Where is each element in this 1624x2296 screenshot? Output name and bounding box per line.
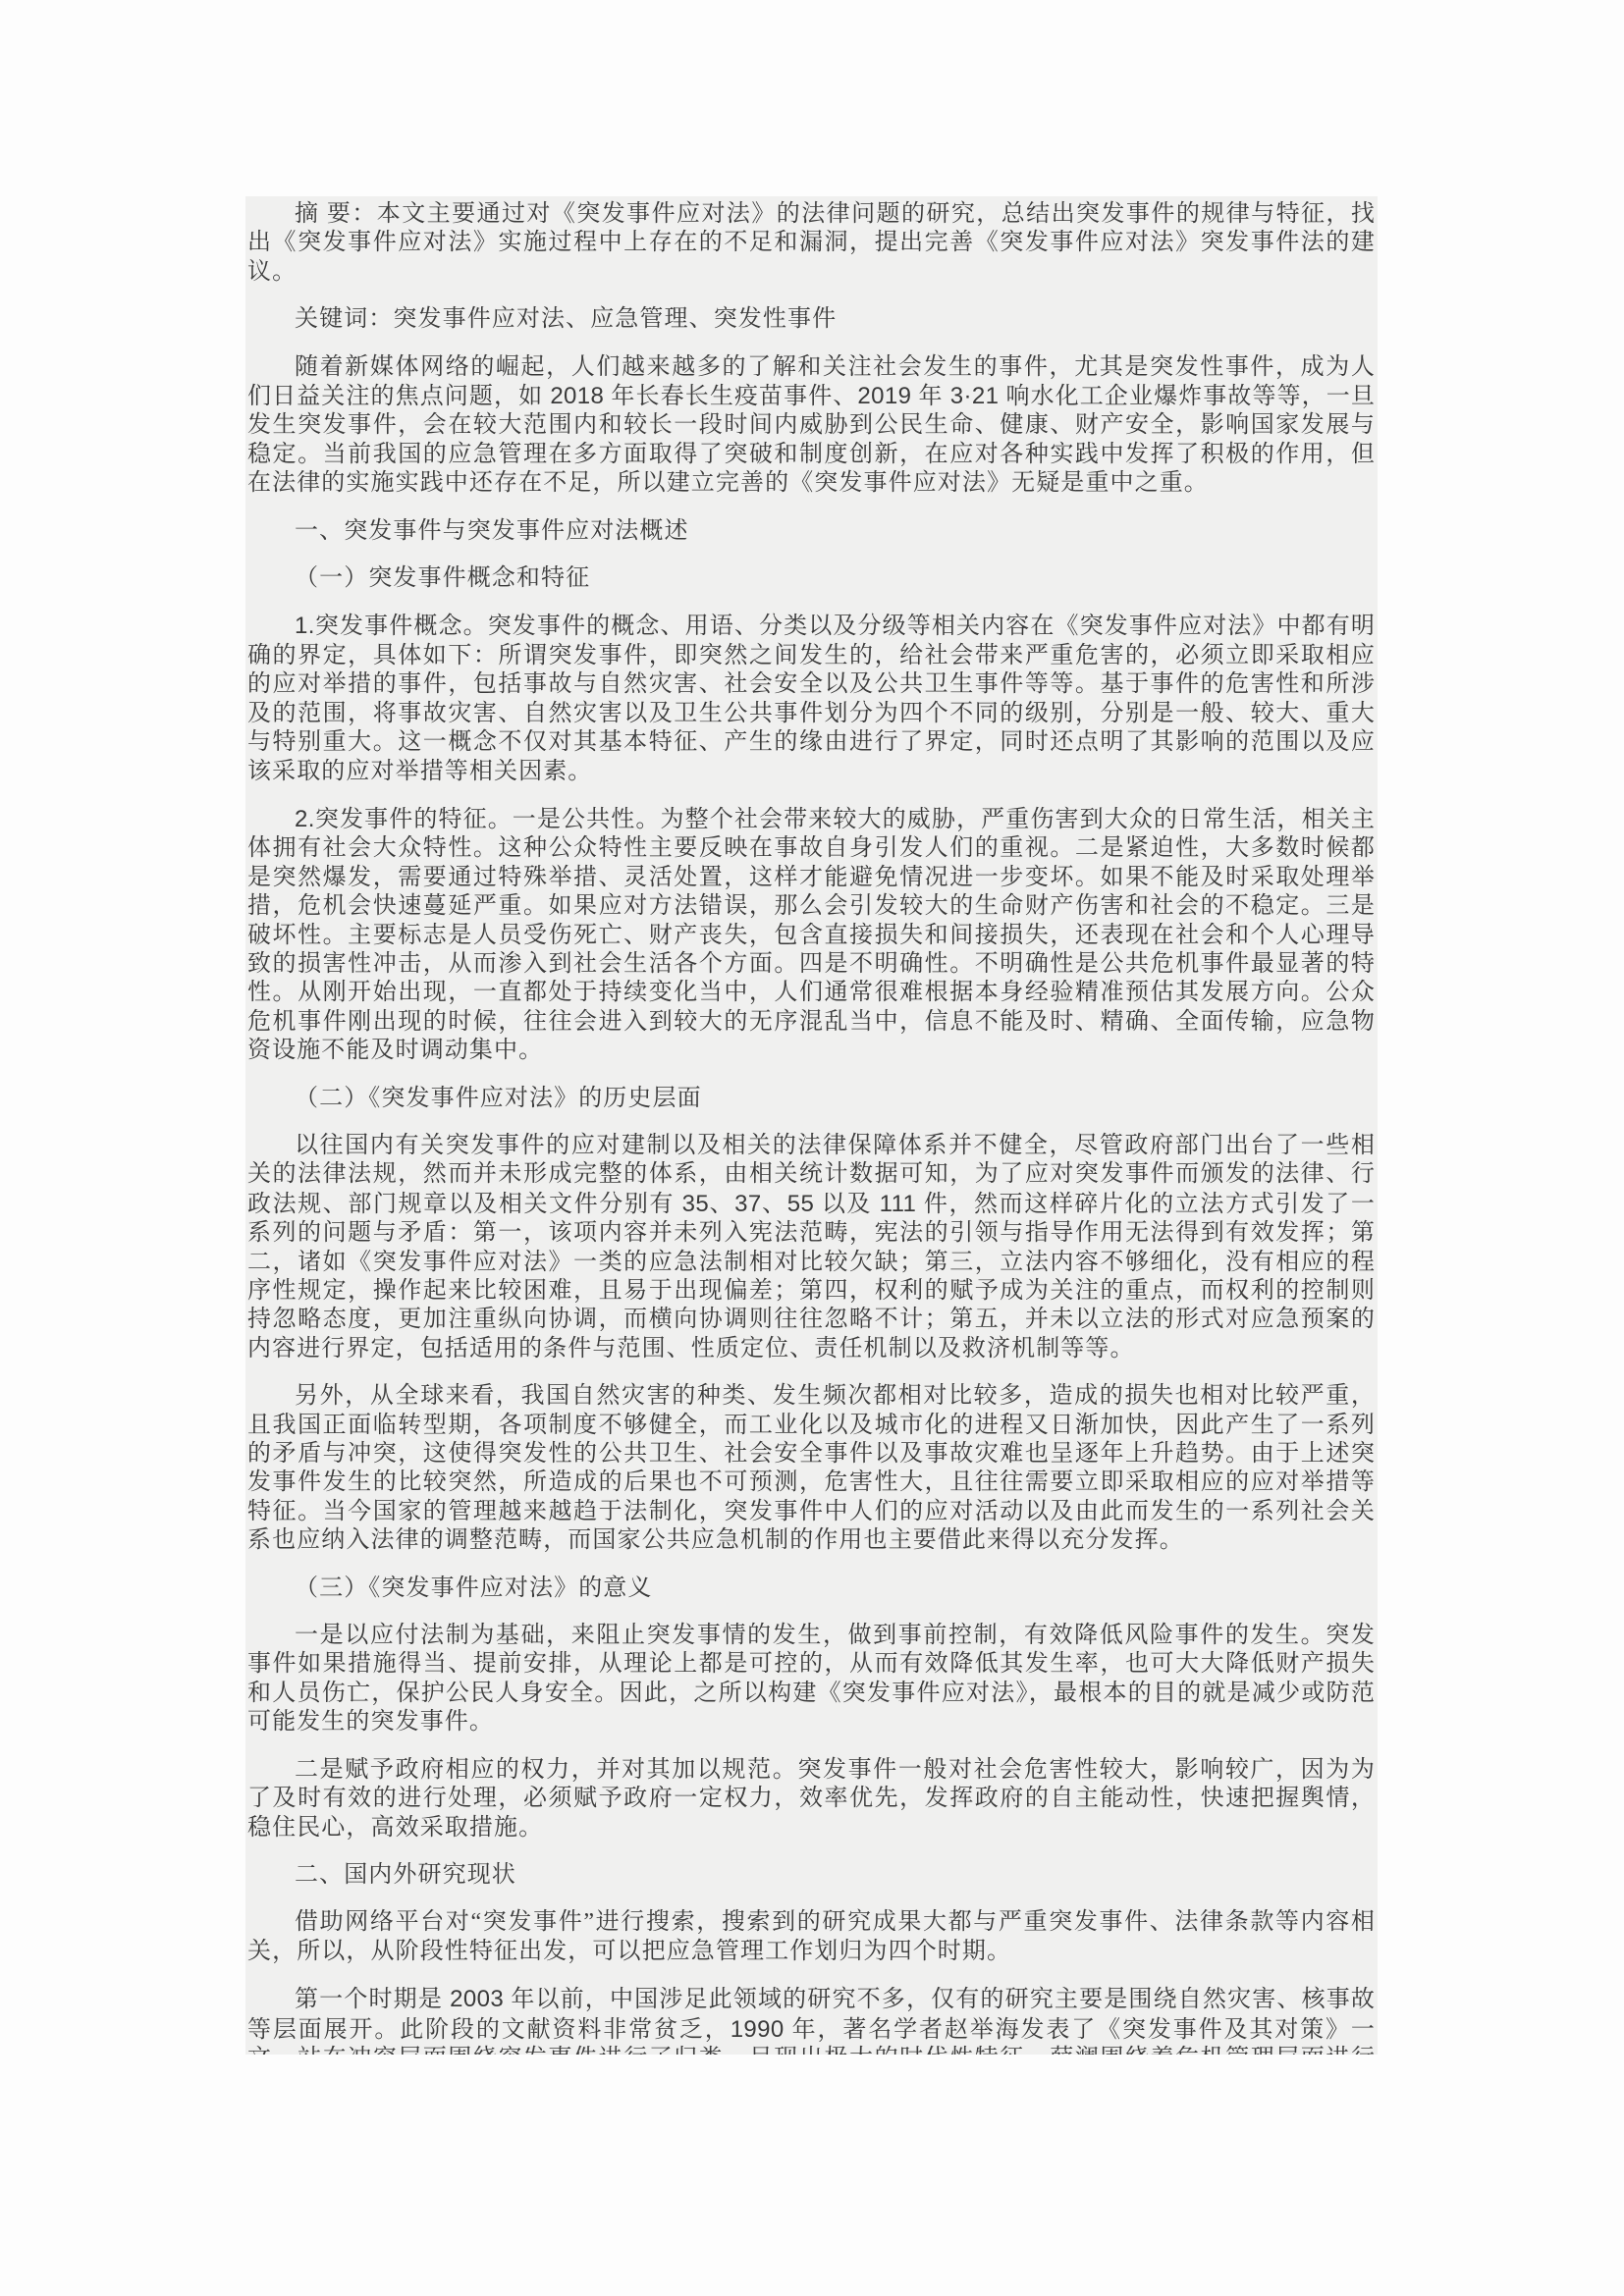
paragraph: 以往国内有关突发事件的应对建制以及相关的法律保障体系并不健全，尽管政府部门出台了… — [247, 1132, 1376, 1363]
paragraph: 二是赋予政府相应的权力，并对其加以规范。突发事件一般对社会危害性较大，影响较广，… — [247, 1756, 1376, 1842]
paragraph: 关键词：突发事件应对法、应急管理、突发性事件 — [247, 305, 1376, 334]
latin-number: 1. — [295, 613, 315, 639]
latin-number: 3·21 — [950, 383, 1000, 409]
section-heading: 二、国内外研究现状 — [247, 1861, 1376, 1890]
latin-number: 2003 — [450, 1986, 504, 2012]
section-heading: （二）《突发事件应对法》的历史层面 — [247, 1085, 1376, 1113]
section-heading: （一）突发事件概念和特征 — [247, 564, 1376, 593]
paragraph: 另外，从全球来看，我国自然灾害的种类、发生频次都相对比较多，造成的损失也相对比较… — [247, 1382, 1376, 1555]
latin-number: 37 — [734, 1191, 762, 1217]
paragraph: 借助网络平台对“突发事件”进行搜索，搜索到的研究成果大都与严重突发事件、法律条款… — [247, 1908, 1376, 1966]
latin-number: 111 — [880, 1191, 917, 1217]
section-heading: （三）《突发事件应对法》的意义 — [247, 1575, 1376, 1603]
paragraph: 随着新媒体网络的崛起，人们越来越多的了解和关注社会发生的事件，尤其是突发性事件，… — [247, 353, 1376, 499]
document-body: 摘 要：本文主要通过对《突发事件应对法》的法律问题的研究，总结出突发事件的规律与… — [247, 200, 1376, 2055]
latin-number: 35 — [682, 1191, 710, 1217]
paragraph: 一是以应付法制为基础，来阻止突发事情的发生，做到事前控制，有效降低风险事件的发生… — [247, 1622, 1376, 1737]
document-page: 摘 要：本文主要通过对《突发事件应对法》的法律问题的研究，总结出突发事件的规律与… — [0, 0, 1624, 2296]
paragraph: 第一个时期是 2003 年以前，中国涉足此领域的研究不多，仅有的研究主要是围绕自… — [247, 1985, 1376, 2055]
paragraph: 摘 要：本文主要通过对《突发事件应对法》的法律问题的研究，总结出突发事件的规律与… — [247, 200, 1376, 287]
latin-number: 1990 — [731, 2016, 785, 2043]
paragraph: 1.突发事件概念。突发事件的概念、用语、分类以及分级等相关内容在《突发事件应对法… — [247, 612, 1376, 785]
latin-number: 2018 — [550, 383, 604, 409]
document-text-block: 摘 要：本文主要通过对《突发事件应对法》的法律问题的研究，总结出突发事件的规律与… — [245, 196, 1378, 2055]
latin-number: 2. — [295, 806, 315, 832]
paragraph: 2.突发事件的特征。一是公共性。为整个社会带来较大的威胁，严重伤害到大众的日常生… — [247, 805, 1376, 1066]
section-heading: 一、突发事件与突发事件应对法概述 — [247, 517, 1376, 546]
latin-number: 55 — [787, 1191, 815, 1217]
latin-number: 2019 — [857, 383, 911, 409]
